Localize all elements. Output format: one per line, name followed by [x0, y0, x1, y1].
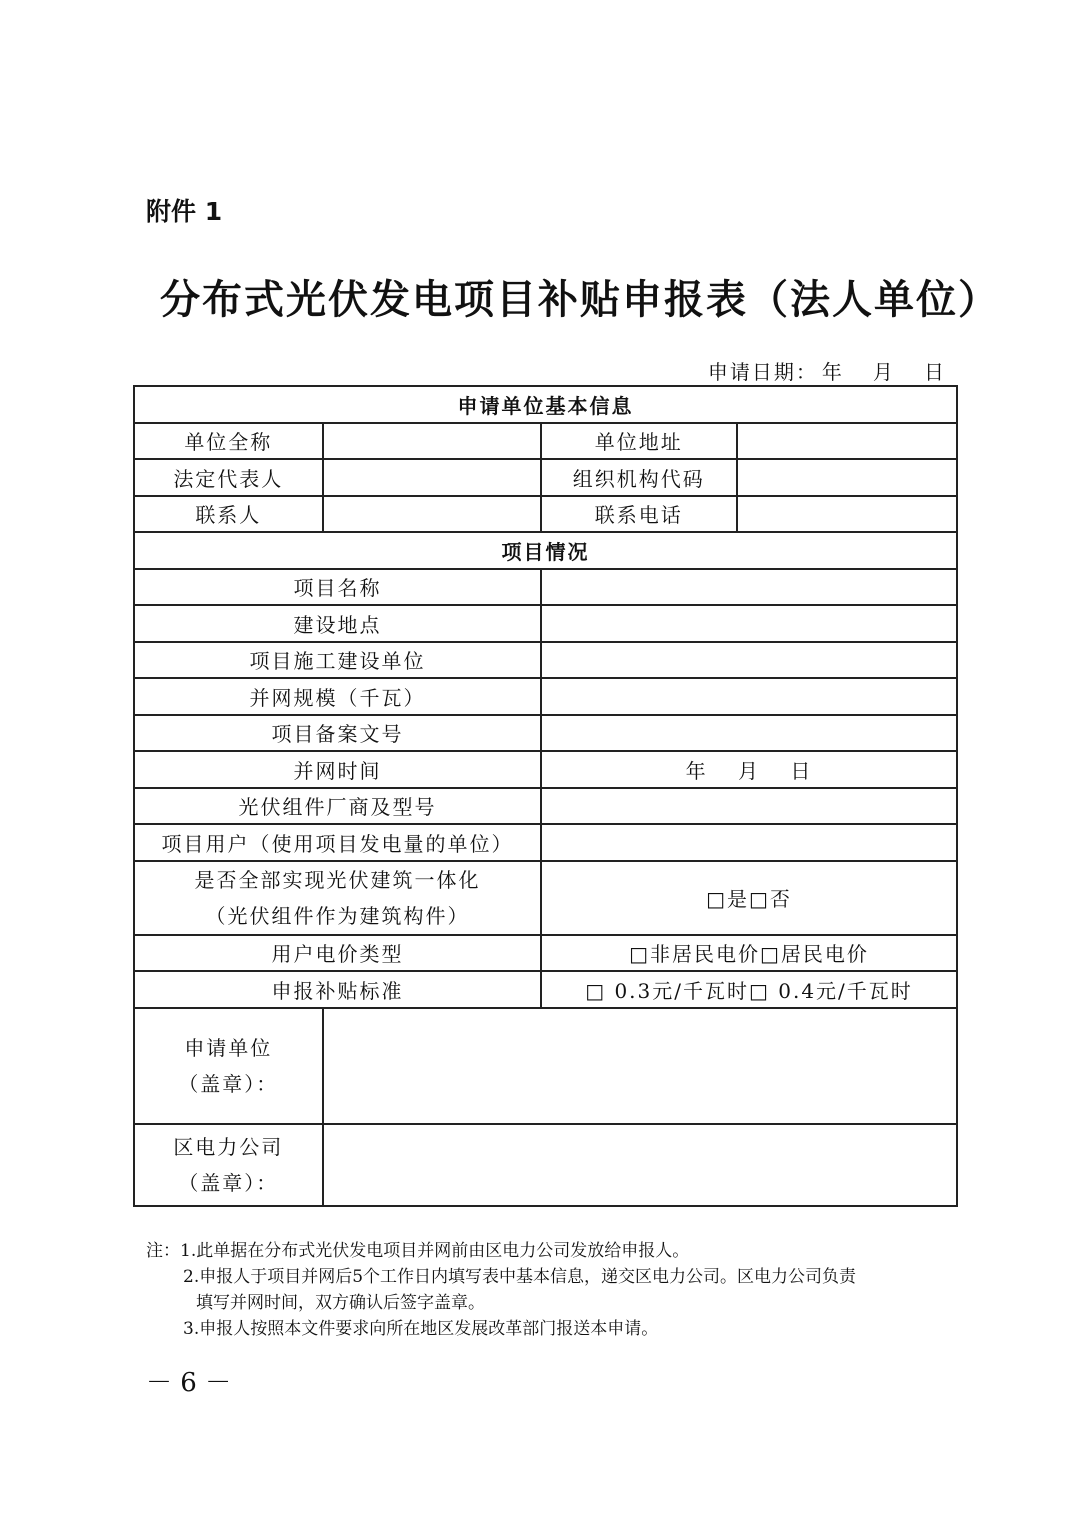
application-date: 申请日期：年 月 日: [704, 356, 946, 385]
section-header-basic-info: 申请单位基本信息: [134, 386, 957, 423]
field-label: 法定代表人: [134, 459, 323, 496]
field-label: 用户电价类型: [134, 935, 541, 972]
construction-site-field[interactable]: [541, 605, 957, 642]
note-item: 2.申报人于项目并网后5个工作日内填写表中基本信息，递交区电力公司。区电力公司负…: [146, 1264, 856, 1290]
applicant-seal-label: 申请单位 （盖章）：: [134, 1008, 323, 1124]
field-label: 单位地址: [541, 423, 737, 460]
construction-unit-field[interactable]: [541, 642, 957, 679]
field-label: 建设地点: [134, 605, 541, 642]
filing-number-field[interactable]: [541, 715, 957, 752]
project-name-field[interactable]: [541, 569, 957, 606]
bipv-yes-no-checkbox[interactable]: □是□否: [541, 861, 957, 935]
field-label: 联系人: [134, 496, 323, 533]
grid-connection-date-field[interactable]: 年 月 日: [541, 751, 957, 788]
field-label: 申报补贴标准: [134, 971, 541, 1008]
field-label: 并网规模（千瓦）: [134, 678, 541, 715]
note-item: 3.申报人按照本文件要求向所在地区发展改革部门报送本申请。: [146, 1316, 856, 1342]
module-manufacturer-field[interactable]: [541, 788, 957, 825]
section-header-project: 项目情况: [134, 532, 957, 569]
attachment-label: 附件 1: [146, 192, 222, 228]
field-label: 光伏组件厂商及型号: [134, 788, 541, 825]
unit-name-field[interactable]: [323, 423, 541, 460]
unit-address-field[interactable]: [737, 423, 957, 460]
subsidy-standard-checkbox[interactable]: □ 0.3元/千瓦时□ 0.4元/千瓦时: [541, 971, 957, 1008]
page-number: － 6 －: [146, 1362, 231, 1399]
contact-phone-field[interactable]: [737, 496, 957, 533]
power-company-seal-field[interactable]: [323, 1124, 957, 1206]
notes: 注：1.此单据在分布式光伏发电项目并网前由区电力公司发放给申报人。 2.申报人于…: [146, 1238, 856, 1342]
grid-capacity-field[interactable]: [541, 678, 957, 715]
legal-representative-field[interactable]: [323, 459, 541, 496]
note-item: 填写并网时间，双方确认后签字盖章。: [146, 1290, 856, 1316]
price-type-checkbox[interactable]: □非居民电价□居民电价: [541, 935, 957, 972]
applicant-seal-field[interactable]: [323, 1008, 957, 1124]
document-title: 分布式光伏发电项目补贴申报表（法人单位）: [160, 268, 1000, 325]
field-label: 联系电话: [541, 496, 737, 533]
power-company-seal-label: 区电力公司 （盖章）：: [134, 1124, 323, 1206]
contact-person-field[interactable]: [323, 496, 541, 533]
organization-code-field[interactable]: [737, 459, 957, 496]
field-label: 单位全称: [134, 423, 323, 460]
date-label: 申请日期：: [708, 360, 818, 384]
field-label-bipv: 是否全部实现光伏建筑一体化 （光伏组件作为建筑构件）: [134, 861, 541, 935]
field-label: 项目用户（使用项目发电量的单位）: [134, 824, 541, 861]
field-label: 组织机构代码: [541, 459, 737, 496]
subsidy-application-form: 申请单位基本信息 单位全称 单位地址 法定代表人 组织机构代码 联系人 联系电话…: [133, 385, 958, 1207]
field-label: 项目备案文号: [134, 715, 541, 752]
field-label: 并网时间: [134, 751, 541, 788]
note-item: 1.此单据在分布式光伏发电项目并网前由区电力公司发放给申报人。: [180, 1241, 689, 1261]
field-label: 项目名称: [134, 569, 541, 606]
project-user-field[interactable]: [541, 824, 957, 861]
field-label: 项目施工建设单位: [134, 642, 541, 679]
